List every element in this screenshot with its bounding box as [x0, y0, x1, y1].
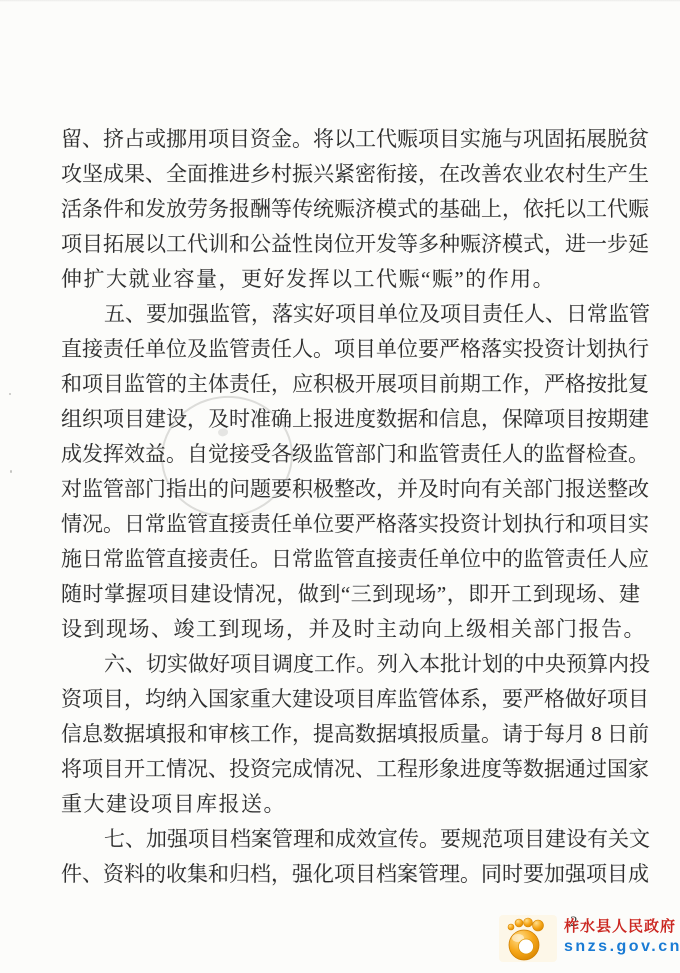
- text-line: 将项目开工情况、投资完成情况、工程形象进度等数据通过国家: [61, 752, 640, 787]
- text-line: 七、加强项目档案管理和成效宣传。要规范项目建设有关文: [61, 822, 640, 857]
- text-line: 六、切实做好项目调度工作。列入本批计划的中央预算内投: [61, 647, 640, 682]
- text-line: 设到现场、竣工到现场，并及时主动向上级相关部门报告。: [61, 612, 640, 647]
- text-line: 组织项目建设，及时准确上报进度数据和信息，保障项目按期建: [61, 402, 640, 437]
- text-line: 和项目监管的主体责任，应积极开展项目前期工作，严格按批复: [61, 367, 640, 402]
- text-line: 信息数据填报和审核工作，提高数据填报质量。请于每月 8 日前: [61, 717, 640, 752]
- text-line: 五、要加强监管，落实好项目单位及项目责任人、日常监管: [61, 297, 640, 332]
- scan-speck: [9, 393, 11, 395]
- text-line: 重大建设项目库报送。: [61, 787, 640, 822]
- text-line: 资项目，均纳入国家重大建设项目库监管体系，要严格做好项目: [61, 682, 640, 717]
- text-line: 随时掌握项目建设情况，做到“三到现场”，即开工到现场、建: [61, 577, 640, 612]
- text-line: 项目拓展以工代训和公益性岗位开发等多种赈济模式，进一步延: [61, 227, 640, 262]
- footprint-icon: [499, 915, 557, 962]
- text-line: 伸扩大就业容量，更好发挥以工代赈“赈”的作用。: [61, 262, 640, 297]
- watermark-site-url: snzs.gov.cn: [564, 937, 680, 957]
- text-line: 情况。日常监管直接责任单位要严格落实投资计划执行和项目实: [61, 507, 640, 542]
- text-line: 直接责任单位及监管责任人。项目单位要严格落实投资计划执行: [61, 332, 640, 367]
- scanned-document-page: 留、挤占或挪用项目资金。将以工代赈项目实施与巩固拓展脱贫攻坚成果、全面推进乡村振…: [0, 0, 680, 973]
- text-line: 攻坚成果、全面推进乡村振兴紧密衔接，在改善农业农村生产生: [61, 157, 640, 192]
- watermark-text: 柞水县人民政府 snzs.gov.cn: [564, 915, 680, 957]
- text-line: 活条件和发放劳务报酬等传统赈济模式的基础上，依托以工代赈: [61, 192, 640, 227]
- text-line: 成发挥效益。自觉接受各级监管部门和监管责任人的监督检查。: [61, 437, 640, 472]
- scan-speck: [10, 470, 12, 473]
- text-line: 件、资料的收集和归档，强化项目档案管理。同时要加强项目成: [61, 857, 640, 892]
- text-line: 施日常监管直接责任。日常监管直接责任单位中的监管责任人应: [61, 542, 640, 577]
- document-body: 留、挤占或挪用项目资金。将以工代赈项目实施与巩固拓展脱贫攻坚成果、全面推进乡村振…: [61, 122, 640, 892]
- text-line: 对监管部门指出的问题要积极整改，并及时向有关部门报送整改: [61, 472, 640, 507]
- page-top-edge: [0, 0, 680, 2]
- watermark-site-name: 柞水县人民政府: [564, 918, 680, 937]
- site-watermark: 柞水县人民政府 snzs.gov.cn: [499, 915, 680, 962]
- text-line: 留、挤占或挪用项目资金。将以工代赈项目实施与巩固拓展脱贫: [61, 122, 640, 157]
